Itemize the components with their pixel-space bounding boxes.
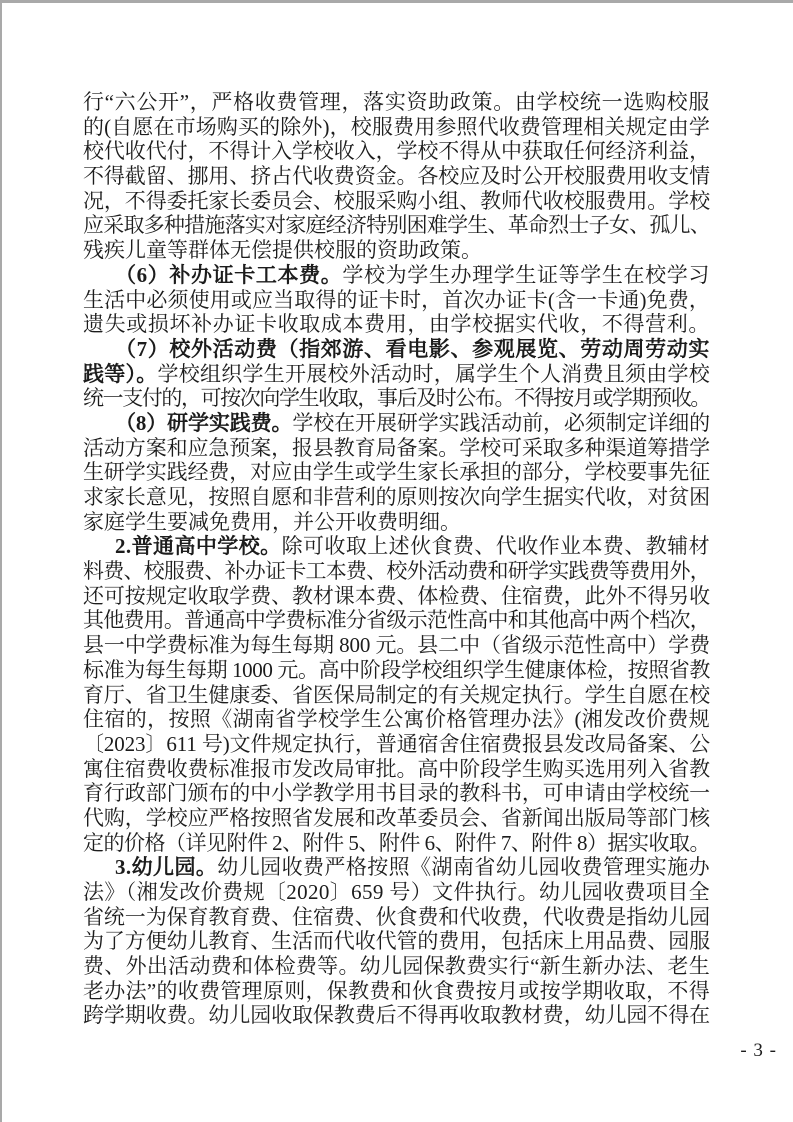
text-segment: 统一支付的，可按次向学生收取，事后及时公布。不得按月或学期预收。 [83, 386, 710, 410]
text-line: 住宿的，按照《湖南省学校学生公寓价格管理办法》(湘发改价费规 [83, 707, 710, 732]
text-line: 应采取多种措施落实对家庭经济特别困难学生、革命烈士子女、孤儿、 [83, 213, 710, 238]
text-segment: 跨学期收费。幼儿园收取保教费后不得再收取教材费，幼儿园不得在 [83, 1003, 710, 1027]
text-line: 校代收代付，不得计入学校收入，学校不得从中获取任何经济利益， [83, 139, 710, 164]
text-line: （8）研学实践费。学校在开展研学实践活动前，必须制定详细的 [83, 411, 710, 436]
text-line: 况，不得委托家长委员会、校服采购小组、教师代收校服费用。学校 [83, 189, 710, 214]
text-line: 〔2023〕611 号)文件规定执行，普通宿舍住宿费报县发改局备案、公 [83, 732, 710, 757]
text-line: 育厅、省卫生健康委、省医保局制定的有关规定执行。学生自愿在校 [83, 683, 710, 708]
text-line: 不得截留、挪用、挤占代收费资金。各校应及时公开校服费用收支情 [83, 164, 710, 189]
text-segment: 住宿的，按照《湖南省学校学生公寓价格管理办法》(湘发改价费规 [83, 707, 710, 731]
text-line: 标准为每生每期 1000 元。高中阶段学校组织学生健康体检，按照省教 [83, 658, 710, 683]
text-line: 定的价格（详见附件 2、附件 5、附件 6、附件 7、附件 8）据实收取。 [83, 831, 710, 856]
text-segment: 活动方案和应急预案，报县教育局备案。学校可采取多种渠道筹措学 [83, 436, 710, 460]
text-line: 行“六公开”，严格收费管理，落实资助政策。由学校统一选购校服 [83, 90, 710, 115]
text-segment: 代购，学校应严格按照省发展和改革委员会、省新闻出版局等部门核 [83, 806, 710, 830]
text-segment: 为了方便幼儿教育、生活而代收代管的费用，包括床上用品费、园服 [83, 929, 710, 953]
text-line: 统一支付的，可按次向学生收取，事后及时公布。不得按月或学期预收。 [83, 386, 710, 411]
text-segment: 还可按规定收取学费、教材课本费、体检费、住宿费，此外不得另收 [83, 584, 710, 608]
page-number: - 3 - [740, 1040, 777, 1062]
text-line: （6）补办证卡工本费。学校为学生办理学生证等学生在校学习 [83, 263, 710, 288]
text-line: 代购，学校应严格按照省发展和改革委员会、省新闻出版局等部门核 [83, 806, 710, 831]
paragraph: （6）补办证卡工本费。学校为学生办理学生证等学生在校学习生活中必须使用或应当取得… [83, 263, 710, 337]
text-segment: 学校在开展研学实践活动前，必须制定详细的 [292, 411, 710, 435]
text-segment: 生研学实践经费，对应由学生或学生家长承担的部分，学校要事先征 [83, 460, 710, 484]
text-line: 为了方便幼儿教育、生活而代收代管的费用，包括床上用品费、园服 [83, 929, 710, 954]
text-segment: 其他费用。普通高中学费标准分省级示范性高中和其他高中两个档次， [83, 608, 710, 632]
text-segment: 学校为学生办理学生证等学生在校学习 [342, 263, 710, 287]
text-segment: 定的价格（详见附件 2、附件 5、附件 6、附件 7、附件 8）据实收取。 [83, 831, 710, 855]
text-segment: 寓住宿费收费标准报市发改局审批。高中阶段学生购买选用列入省教 [83, 757, 710, 781]
text-segment: 不得截留、挪用、挤占代收费资金。各校应及时公开校服费用收支情 [83, 164, 710, 188]
scan-edge-left [0, 0, 2, 1122]
text-line: 费、外出活动费和体检费等。幼儿园保教费实行“新生新办法、老生 [83, 954, 710, 979]
text-line: 寓住宿费收费标准报市发改局审批。高中阶段学生购买选用列入省教 [83, 757, 710, 782]
text-line: 县一中学费标准为每生每期 800 元。县二中（省级示范性高中）学费 [83, 633, 710, 658]
text-line: 活动方案和应急预案，报县教育局备案。学校可采取多种渠道筹措学 [83, 436, 710, 461]
text-segment: 法》（湘发改价费规〔2020〕659 号）文件执行。幼儿园收费项目全 [83, 880, 710, 904]
bold-text-segment: 3.幼儿园。 [115, 855, 217, 879]
text-segment: 遗失或损坏补办证卡收取成本费用，由学校据实代收，不得营利。 [83, 312, 710, 336]
text-segment: 育厅、省卫生健康委、省医保局制定的有关规定执行。学生自愿在校 [83, 683, 710, 707]
text-segment: 省统一为保育教育费、住宿费、伙食费和代收费，代收费是指幼儿园 [83, 905, 710, 929]
text-segment: 标准为每生每期 1000 元。高中阶段学校组织学生健康体检，按照省教 [83, 658, 710, 682]
paragraph: （8）研学实践费。学校在开展研学实践活动前，必须制定详细的活动方案和应急预案，报… [83, 411, 710, 534]
text-segment: 残疾儿童等群体无偿提供校服的资助政策。 [83, 238, 482, 262]
text-line: 省统一为保育教育费、住宿费、伙食费和代收费，代收费是指幼儿园 [83, 905, 710, 930]
text-segment: 〔2023〕611 号)文件规定执行，普通宿舍住宿费报县发改局备案、公 [83, 732, 710, 756]
text-segment: 家庭学生要减免费用，并公开收费明细。 [83, 510, 461, 534]
bold-text-segment: （6）补办证卡工本费。 [115, 263, 342, 287]
text-segment: 幼儿园收费严格按照《湖南省幼儿园收费管理实施办 [217, 855, 710, 879]
text-segment: 料费、校服费、补办证卡工本费、校外活动费和研学实践费等费用外， [83, 559, 710, 583]
text-line: 生活中必须使用或应当取得的证卡时，首次办证卡(含一卡通)免费， [83, 288, 710, 313]
paragraph: 2.普通高中学校。除可收取上述伙食费、代收作业本费、教辅材料费、校服费、补办证卡… [83, 534, 710, 855]
text-segment: 应采取多种措施落实对家庭经济特别困难学生、革命烈士子女、孤儿、 [83, 213, 710, 237]
text-line: 遗失或损坏补办证卡收取成本费用，由学校据实代收，不得营利。 [83, 312, 710, 337]
paragraph: 行“六公开”，严格收费管理，落实资助政策。由学校统一选购校服的(自愿在市场购买的… [83, 90, 710, 263]
text-line: 料费、校服费、补办证卡工本费、校外活动费和研学实践费等费用外， [83, 559, 710, 584]
paragraph: （7）校外活动费（指郊游、看电影、参观展览、劳动周劳动实践等）。学校组织学生开展… [83, 337, 710, 411]
text-segment: 学校组织学生开展校外活动时，属学生个人消费且须由学校 [158, 362, 711, 386]
text-line: （7）校外活动费（指郊游、看电影、参观展览、劳动周劳动实 [83, 337, 710, 362]
text-line: 其他费用。普通高中学费标准分省级示范性高中和其他高中两个档次， [83, 608, 710, 633]
scan-edge-top [0, 0, 793, 3]
bold-text-segment: （8）研学实践费。 [115, 411, 292, 435]
text-line: 法》（湘发改价费规〔2020〕659 号）文件执行。幼儿园收费项目全 [83, 880, 710, 905]
text-line: 育行政部门颁布的中小学教学用书目录的教科书，可申请由学校统一 [83, 781, 710, 806]
text-line: 老办法”的收费管理原则，保教费和伙食费按月或按学期收取，不得 [83, 979, 710, 1004]
document-body: 行“六公开”，严格收费管理，落实资助政策。由学校统一选购校服的(自愿在市场购买的… [83, 90, 710, 1028]
text-line: 残疾儿童等群体无偿提供校服的资助政策。 [83, 238, 710, 263]
text-line: 2.普通高中学校。除可收取上述伙食费、代收作业本费、教辅材 [83, 534, 710, 559]
text-line: 3.幼儿园。幼儿园收费严格按照《湖南省幼儿园收费管理实施办 [83, 855, 710, 880]
text-line: 跨学期收费。幼儿园收取保教费后不得再收取教材费，幼儿园不得在 [83, 1003, 710, 1028]
text-segment: 行“六公开”，严格收费管理，落实资助政策。由学校统一选购校服 [83, 90, 710, 114]
text-segment: 况，不得委托家长委员会、校服采购小组、教师代收校服费用。学校 [83, 189, 710, 213]
paragraph: 3.幼儿园。幼儿园收费严格按照《湖南省幼儿园收费管理实施办法》（湘发改价费规〔2… [83, 855, 710, 1028]
text-segment: 除可收取上述伙食费、代收作业本费、教辅材 [282, 534, 710, 558]
text-line: 生研学实践经费，对应由学生或学生家长承担的部分，学校要事先征 [83, 460, 710, 485]
bold-text-segment: （7）校外活动费（指郊游、看电影、参观展览、劳动周劳动实 [115, 337, 710, 361]
text-segment: 求家长意见，按照自愿和非营利的原则按次向学生据实代收，对贫困 [83, 485, 710, 509]
text-segment: 老办法”的收费管理原则，保教费和伙食费按月或按学期收取，不得 [83, 979, 710, 1003]
text-line: 家庭学生要减免费用，并公开收费明细。 [83, 510, 710, 535]
text-line: 践等）。学校组织学生开展校外活动时，属学生个人消费且须由学校 [83, 362, 710, 387]
text-line: 还可按规定收取学费、教材课本费、体检费、住宿费，此外不得另收 [83, 584, 710, 609]
text-segment: 费、外出活动费和体检费等。幼儿园保教费实行“新生新办法、老生 [83, 954, 710, 978]
text-line: 的(自愿在市场购买的除外)，校服费用参照代收费管理相关规定由学 [83, 115, 710, 140]
bold-text-segment: 践等）。 [83, 362, 158, 386]
text-segment: 校代收代付，不得计入学校收入，学校不得从中获取任何经济利益， [83, 139, 710, 163]
bold-text-segment: 2.普通高中学校。 [115, 534, 282, 558]
text-segment: 的(自愿在市场购买的除外)，校服费用参照代收费管理相关规定由学 [83, 115, 710, 139]
text-segment: 育行政部门颁布的中小学教学用书目录的教科书，可申请由学校统一 [83, 781, 710, 805]
text-segment: 县一中学费标准为每生每期 800 元。县二中（省级示范性高中）学费 [83, 633, 710, 657]
text-line: 求家长意见，按照自愿和非营利的原则按次向学生据实代收，对贫困 [83, 485, 710, 510]
text-segment: 生活中必须使用或应当取得的证卡时，首次办证卡(含一卡通)免费， [83, 288, 710, 312]
